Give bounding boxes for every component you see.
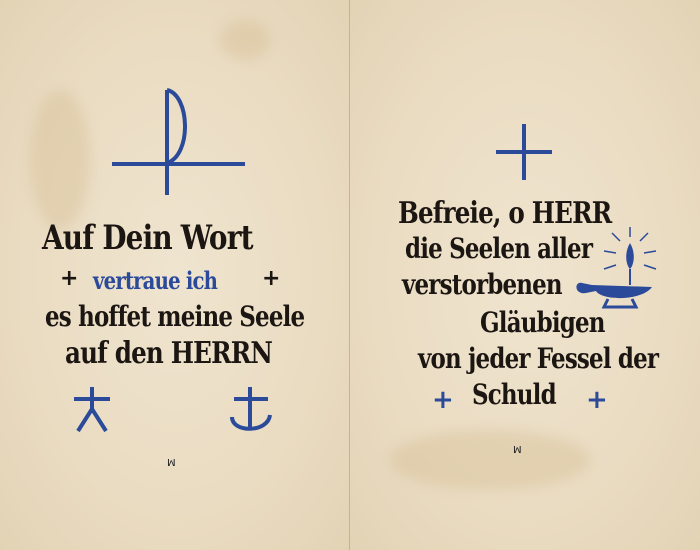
right-card-panel: Befreie, o HERR die Seelen aller verstor… xyxy=(350,0,700,550)
cross-icon xyxy=(494,122,554,182)
prayer-line-2: die Seelen aller xyxy=(405,232,592,265)
plus-ornament-left: + xyxy=(60,266,78,291)
printer-mark: ꟽ xyxy=(167,458,176,469)
chi-rho-icon xyxy=(110,85,250,200)
verse-line-3: es hoffet meine Seele xyxy=(45,300,304,333)
verse-line-4: auf den HERRN xyxy=(65,336,272,371)
plus-ornament-right: + xyxy=(262,266,280,291)
anchor-cross-icon-left xyxy=(70,385,115,435)
plus-ornament-right: + xyxy=(586,385,608,415)
prayer-line-6: Schuld xyxy=(472,378,556,411)
plus-ornament-left: + xyxy=(432,385,454,415)
printer-mark: ꟽ xyxy=(513,445,522,456)
left-card-panel: Auf Dein Wort + vertraue ich + es hoffet… xyxy=(0,0,350,550)
anchor-icon-right xyxy=(228,385,276,435)
prayer-line-4: Gläubigen xyxy=(480,306,605,339)
prayer-line-5: von jeder Fessel der xyxy=(418,342,658,375)
oil-lamp-icon xyxy=(572,225,662,310)
prayer-line-3: verstorbenen xyxy=(402,268,562,301)
verse-line-2: vertraue ich xyxy=(93,266,217,295)
verse-line-1: Auf Dein Wort xyxy=(42,218,253,258)
